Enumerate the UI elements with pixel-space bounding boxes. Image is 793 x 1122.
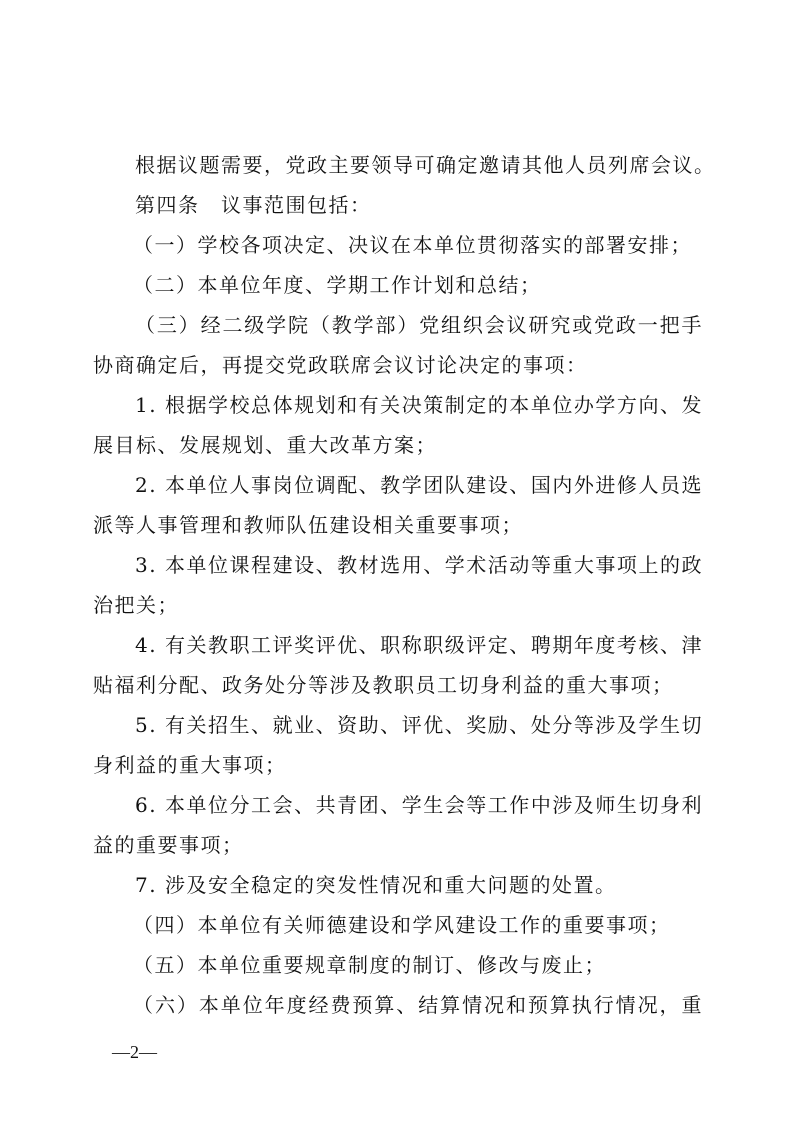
sub-item-2: 2. 本单位人事岗位调配、教学团队建设、国内外进修人员选 — [135, 465, 703, 505]
sub-item-2-cont: 派等人事管理和教师队伍建设相关重要事项； — [93, 505, 703, 545]
sub-item-7: 7. 涉及安全稳定的突发性情况和重大问题的处置。 — [135, 865, 703, 905]
list-item-3-cont: 协商确定后，再提交党政联席会议讨论决定的事项： — [93, 345, 703, 385]
paragraph-line: 根据议题需要，党政主要领导可确定邀请其他人员列席会议。 — [135, 145, 703, 185]
document-page: 根据议题需要，党政主要领导可确定邀请其他人员列席会议。 第四条 议事范围包括： … — [0, 0, 793, 1122]
sub-item-1: 1. 根据学校总体规划和有关决策制定的本单位办学方向、发 — [135, 385, 703, 425]
sub-item-6-cont: 益的重要事项； — [93, 825, 703, 865]
list-item-5: （五）本单位重要规章制度的制订、修改与废止； — [133, 945, 743, 985]
sub-item-1-cont: 展目标、发展规划、重大改革方案； — [93, 425, 703, 465]
sub-item-4: 4. 有关教职工评奖评优、职称职级评定、聘期年度考核、津 — [135, 625, 703, 665]
sub-item-6: 6. 本单位分工会、共青团、学生会等工作中涉及师生切身利 — [135, 785, 703, 825]
list-item-6: （六）本单位年度经费预算、结算情况和预算执行情况，重 — [133, 985, 703, 1025]
article-heading: 第四条 议事范围包括： — [135, 185, 703, 225]
list-item-1: （一）学校各项决定、决议在本单位贯彻落实的部署安排； — [133, 225, 743, 265]
sub-item-5-cont: 身利益的重大事项； — [93, 745, 703, 785]
sub-item-3-cont: 治把关； — [93, 585, 703, 625]
sub-item-3: 3. 本单位课程建设、教材选用、学术活动等重大事项上的政 — [135, 545, 703, 585]
sub-item-5: 5. 有关招生、就业、资助、评优、奖励、处分等涉及学生切 — [135, 705, 703, 745]
list-item-3: （三）经二级学院（教学部）党组织会议研究或党政一把手 — [135, 305, 703, 345]
list-item-4: （四）本单位有关师德建设和学风建设工作的重要事项； — [133, 905, 743, 945]
list-item-2: （二）本单位年度、学期工作计划和总结； — [133, 265, 743, 305]
page-number: —2— — [112, 1038, 157, 1066]
sub-item-4-cont: 贴福利分配、政务处分等涉及教职员工切身利益的重大事项； — [93, 665, 703, 705]
